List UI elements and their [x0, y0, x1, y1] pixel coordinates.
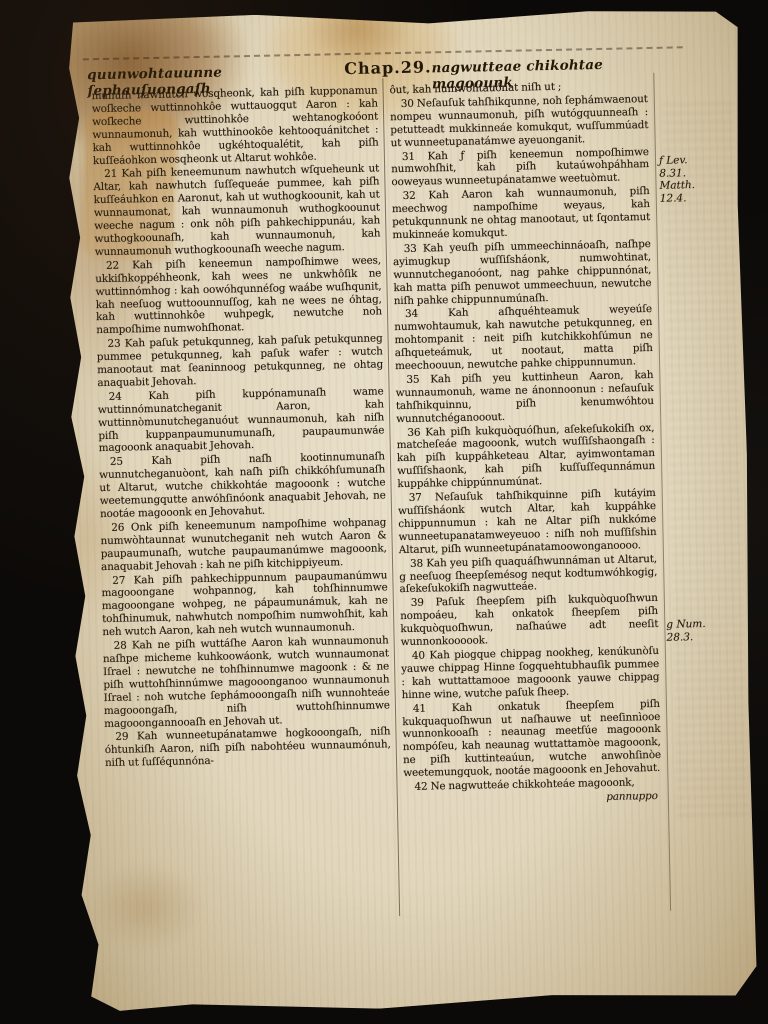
verse-paragraph: 30 Neſauſuk tahſhikqunne, noh ſephámwaen…	[390, 93, 649, 150]
verse-paragraph: 27 Kah piſh pahkechippunnum paupaumanúmw…	[101, 569, 388, 639]
verse-paragraph: 38 Kah yeu piſh quaquáſhwunnáman ut Alta…	[399, 553, 658, 597]
verse-paragraph: 37 Neſauſuk tahſhikquinne piſh kutáyim w…	[398, 487, 657, 557]
verse-paragraph: 34 Kah aſhquéhteamuk weyeúſe numwohtaumu…	[394, 303, 653, 373]
verse-paragraph: 41 Kah onkatuk ſheepſem piſh kukquaquoſh…	[402, 697, 662, 780]
verse-paragraph: 31 Kah ƒ piſh keneemun nompoſhimwe numwo…	[391, 146, 650, 190]
verse-paragraph: 24 Kah piſh kuppónamunaſh wame wuttinnóm…	[98, 385, 385, 455]
verse-paragraph: 23 Kah paſuk petukqunneg, kah paſuk petu…	[96, 333, 383, 390]
verse-paragraph: 32 Kah Aaron kah wunnaumonuh, piſh meech…	[392, 185, 651, 242]
verse-paragraph: munuſh nawhutch wosqheonk, kah piſh kupp…	[92, 84, 379, 167]
verse-paragraph: 33 Kah yeuſh piſh ummeechinnáoaſh, naſhp…	[393, 238, 652, 308]
stain-bottom-left	[85, 861, 207, 953]
margin-note-lev-matth: ƒ Lev. 8.31. Matth. 12.4.	[659, 154, 720, 205]
verse-paragraph: 28 Kah ne piſh wuttáſhe Aaron kah wunnau…	[103, 634, 391, 730]
verse-paragraph: 29 Kah wunneetupánatamwe hogkooongaſh, n…	[104, 726, 391, 770]
book-page: quunwohtauunne ſephauſuongaſh Chap.29. n…	[48, 5, 760, 1015]
verse-paragraph: 26 Onk piſh keneemunum nampoſhime wohpan…	[100, 516, 387, 573]
verse-paragraph: 22 Kah piſh keneemun nampoſhimwe wees, u…	[95, 254, 382, 337]
verse-paragraph: 35 Kah piſh yeu kuttinheun Aaron, kah wu…	[395, 369, 654, 426]
verse-paragraph: 36 Kah piſh kukquòquóſhun, aſekeſukokiſh…	[396, 422, 655, 492]
verse-paragraph: 25 Kah piſh naſh kootinnumunaſh wunnutch…	[99, 451, 386, 521]
verse-paragraph: 40 Kah piogque chippag nookheg, kenúkunò…	[401, 645, 660, 702]
margin-note-num: g Num. 28.3.	[666, 618, 726, 644]
verse-paragraph: 39 Paſuk ſheepſem piſh kukquòquoſhwun no…	[400, 592, 659, 649]
header-chapter-number: Chap.29.	[344, 57, 432, 78]
verse-paragraph: 21 Kah piſh keneemunum nawhutch wſqueheu…	[93, 163, 381, 259]
text-column-left: munuſh nawhutch wosqheonk, kah piſh kupp…	[92, 84, 392, 771]
text-column-right: ôut, kah numwohtauónat niſh ut ; 30 Neſa…	[389, 79, 661, 808]
